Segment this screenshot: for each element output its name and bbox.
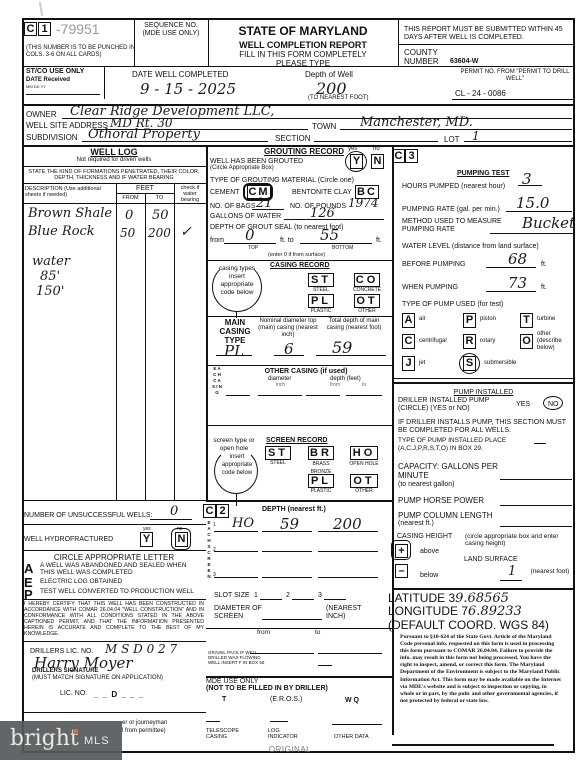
submersible-circle [459, 353, 480, 374]
pump-type-other[interactable]: O [520, 334, 533, 349]
date-received-label: DATE Received [26, 77, 70, 84]
screen-depth-label: DEPTH (nearest ft.) [262, 506, 326, 514]
telescope-field[interactable] [206, 718, 220, 722]
screen-row-2-type[interactable] [214, 550, 258, 552]
pump-type-jet[interactable]: J [402, 356, 415, 371]
permittee-note: l from permittee) [122, 728, 166, 735]
casing-code-plastic[interactable]: PL [308, 294, 334, 308]
capacity-note: (to nearest gallon) [398, 481, 454, 489]
seal-from-label: from [210, 237, 224, 245]
screen-row-2-from[interactable] [262, 550, 312, 552]
seal-from-value[interactable]: 0 [245, 226, 255, 244]
hydro-no-circle [171, 528, 191, 550]
bright-mls-watermark: bright MLS [0, 721, 122, 760]
screen-row-1-num: 1 [213, 522, 216, 528]
telescope-label: TELESCOPE CASING [206, 728, 246, 740]
other-casing-inch: inch [276, 382, 285, 388]
watermark-brand: bright [10, 726, 79, 751]
title-report: WELL COMPLETION REPORT [208, 40, 398, 50]
grouting-title: GROUTING RECORD [264, 147, 344, 156]
column-length-field[interactable] [500, 521, 572, 527]
hours-label: HOURS PUMPED (nearest hour) [402, 183, 505, 191]
screen-row-3-to[interactable] [318, 576, 378, 578]
casing-code-other[interactable]: OT [354, 294, 380, 308]
journeyman-note: er or journeyman [122, 720, 167, 727]
capacity-label: CAPACITY: GALLONS PER MINUTE [398, 462, 508, 480]
pump-type-air[interactable]: A [402, 313, 415, 328]
screen-row-1-type[interactable]: HO [232, 516, 254, 531]
pump-type-installed-label: TYPE OF PUMP INSTALLED PLACE (A,C,J,P,R,… [398, 437, 508, 453]
well-log-instructions: STATE THE KIND OF FORMATIONS PENETRATED,… [26, 169, 202, 181]
grouted-no-box[interactable]: N [371, 154, 384, 169]
st-co-label: ST/CO USE ONLY [26, 68, 84, 76]
other-casing-to-field[interactable] [346, 392, 382, 396]
county-label: COUNTY [404, 48, 438, 57]
title-state: STATE OF MARYLAND [208, 24, 398, 38]
grout-material-label: TYPE OF GROUTING MATERIAL (Circle one) [210, 177, 354, 185]
casing-code-steel[interactable]: ST [308, 273, 334, 287]
casing-depth-label: Total depth of main casing (nearest foot… [320, 318, 388, 332]
casing-types-note: casing types insert appropriate code bel… [214, 265, 260, 297]
log-row-2-to[interactable]: 200 [148, 226, 171, 240]
horse-power-label: PUMP HORSE POWER [398, 496, 484, 505]
screen-code-plastic[interactable]: PL [308, 474, 334, 488]
gravel-from-field[interactable] [250, 648, 314, 654]
submit-notice: THIS REPORT MUST BE SUBMITTED WITHIN 45 … [404, 26, 574, 42]
well-log-title: WELL LOG [22, 147, 206, 157]
rate-label: PUMPING RATE (gal. per min.) [402, 206, 500, 214]
form-number-note: (THIS NUMBER IS TO BE PUNCHED IN COLS. 3… [26, 45, 136, 59]
surface-note: (enter 0 if from surface) [268, 252, 325, 258]
screen-code-brass[interactable]: BR [308, 446, 334, 460]
hydrofractured-label: WELL HYDROFRACTURED [24, 536, 113, 544]
default-coord: (DEFAULT COORD. WGS 84) [388, 618, 549, 632]
c2-code: C [203, 504, 216, 518]
water-label: GALLONS OF WATER [210, 213, 281, 221]
other-data-label: OTHER DATA [334, 734, 369, 740]
circle-letter-title: CIRCLE APPROPRIATE LETTER [22, 553, 206, 562]
latitude-label: LATITUDE 3 [388, 591, 455, 605]
other-casing-to: to [362, 382, 366, 388]
slot-1-label: 1 [254, 592, 258, 600]
owner-label: OWNER [26, 110, 57, 119]
grouted-yes-circle [345, 151, 367, 172]
col-feet: FEET [116, 185, 174, 193]
seal-to-label: ft. to [280, 237, 294, 245]
sequence-label: SEQUENCE NO. (MDE USE ONLY) [136, 22, 206, 38]
water-value[interactable]: 126 [310, 206, 335, 221]
mde-wq-label: W Q [345, 697, 359, 705]
lot-label: LOT [444, 135, 460, 144]
watermark-suffix: MLS [84, 735, 110, 747]
casing-above-label: above [420, 548, 439, 556]
pump-notice: IF DRILLER INSTALLS PUMP, THIS SECTION M… [398, 419, 570, 435]
date-completed-value[interactable]: 9 - 15 - 2025 [140, 80, 236, 98]
pump-label-turbine: turbine [537, 316, 555, 323]
pump-label-submersible: submersible [484, 360, 516, 367]
log-row-1-from[interactable]: 0 [125, 208, 133, 223]
c2-num: 2 [216, 504, 229, 518]
bottom-label: BOTTOM [332, 245, 353, 251]
land-surface-label: LAND SURFACE [464, 556, 518, 564]
pump-type-rotary[interactable]: R [463, 334, 476, 349]
original-label: ORIGINAL [250, 745, 330, 754]
longitude-value[interactable]: 6.89233 [468, 604, 522, 619]
log-row-2-description[interactable]: Blue Rock [28, 224, 95, 239]
county-number: 63604-W [450, 58, 478, 66]
casing-below-box[interactable]: – [395, 564, 408, 578]
casing-title: CASING RECORD [270, 262, 330, 270]
slot-3-field[interactable] [324, 592, 346, 600]
when-ft: ft. [541, 284, 547, 292]
c3-box: C3 [392, 146, 418, 164]
before-ft: ft. [541, 261, 547, 269]
bags-label: NO. OF BAGS [210, 203, 256, 211]
privacy-notice: Pursuant to §10-624 of the State Govt. A… [400, 634, 562, 705]
log-indicator-field[interactable] [270, 718, 288, 722]
c2-box: C2 [203, 501, 229, 519]
form-title: STATE OF MARYLAND WELL COMPLETION REPORT… [208, 24, 398, 68]
hydro-yes-box[interactable]: Y [140, 532, 153, 547]
capacity-field[interactable] [500, 474, 572, 480]
casing-code-concrete[interactable]: CO [354, 273, 380, 287]
each-casing-side-label: E A C H C A S I N G [212, 366, 222, 396]
log-row-2-water-check[interactable]: ✓ [180, 224, 192, 240]
screen-diameter-field[interactable] [262, 614, 322, 620]
column-length-label: PUMP COLUMN LENGTH [398, 511, 493, 520]
bentonite-label: BENTONITE CLAY [292, 189, 352, 197]
casing-label-steel: STEEL [305, 287, 337, 293]
screen-code-steel[interactable]: ST [265, 446, 291, 460]
log-row-2-from[interactable]: 50 [120, 226, 135, 240]
pump-label-rotary: rotary [480, 338, 495, 345]
seal-to-value[interactable]: 55 [320, 226, 339, 244]
permit-value[interactable]: CL - 24 - 0086 [455, 89, 506, 98]
top-label: TOP [248, 245, 258, 251]
bags-value[interactable]: 21 [256, 196, 273, 211]
card-code: C [24, 22, 37, 36]
screen-row-2-to[interactable] [318, 550, 378, 552]
certification-text: I HEREBY CERTIFY THAT THIS WELL HAS BEEN… [24, 601, 204, 637]
lic-no-value[interactable]: _ _ D _ _ _ [94, 690, 144, 699]
mde-t-label: T [222, 696, 226, 704]
casing-below-label: below [420, 572, 438, 580]
screen-label-other: OTHER [346, 488, 382, 494]
casing-label-plastic: PLASTIC [305, 308, 337, 314]
pump-label-jet: jet [419, 360, 425, 367]
title-instructions: FILL IN THIS FORM COMPLETELY [208, 50, 398, 59]
c3-code: C [392, 149, 405, 163]
pump-label-centrifugal: centrifugal [419, 338, 447, 345]
grout-no-label: no [373, 146, 380, 153]
card-num: 1 [38, 22, 51, 36]
other-casing-from-field[interactable] [306, 392, 340, 396]
log-indicator-label: LOG INDICATOR [268, 728, 308, 740]
log-note-3[interactable]: 150' [36, 284, 64, 299]
other-casing-title: OTHER CASING (if used) [222, 368, 390, 376]
grouted-note: (Circle Appropriate Box) [210, 165, 274, 171]
letter-a[interactable]: A [24, 561, 33, 576]
slot-3-label: 3 [318, 592, 322, 600]
date-completed-label: DATE WELL COMPLETED [132, 70, 228, 79]
log-note-2[interactable]: 85' [40, 269, 60, 284]
pumping-title: PUMPING TEST [457, 170, 510, 178]
letter-a-text: A WELL WAS ABANDONED AND SEALED WHEN THI… [40, 562, 200, 576]
pump-installed-yes[interactable]: YES [516, 401, 530, 409]
pump-type-turbine[interactable]: T [520, 313, 533, 328]
signature-label: DRILLERS SIGNATURE [32, 668, 99, 675]
pump-type-installed-field[interactable] [534, 438, 546, 444]
slot-2-field[interactable] [292, 592, 314, 600]
horse-power-field[interactable] [500, 500, 572, 506]
log-note-1[interactable]: water [32, 254, 70, 269]
when-pumping-label: WHEN PUMPING [402, 284, 458, 292]
pump-label-air: air [419, 316, 426, 323]
casing-above-circle [391, 540, 411, 560]
slot-size-label: SLOT SIZE [214, 592, 250, 600]
longitude-label: LONGITUDE 7 [388, 604, 468, 618]
screen-row-3-type[interactable] [214, 576, 258, 578]
watermark-dot-icon [73, 729, 78, 734]
screen-insert-note: insert appropriate code below [218, 453, 256, 477]
scan-mark [39, 2, 43, 16]
casing-diameter-label: Nominal diameter top (main) casing (near… [256, 318, 320, 339]
col-from: FROM [116, 195, 145, 201]
seal-ft-label: ft. [376, 237, 382, 245]
column-length-note: (nearest ft.) [398, 520, 434, 528]
unsuccessful-value[interactable]: 0 [170, 504, 178, 519]
slot-2-label: 2 [286, 592, 290, 600]
town-value[interactable]: Manchester, MD. [360, 115, 473, 130]
gravel-to-label: to [315, 629, 320, 636]
pump-type-centrifugal[interactable]: C [402, 334, 415, 349]
col-water: check if water bearing [174, 185, 206, 203]
date-received-format: MM DD YY [26, 84, 46, 89]
col-to: TO [145, 195, 174, 201]
col-description: DESCRIPTION (Use additional sheets if ne… [25, 186, 113, 198]
card-number-box: C 1 -79951 [24, 20, 132, 38]
unsuccessful-label: NUMBER OF UNSUCCESSFUL WELLS: [24, 512, 152, 520]
other-casing-diameter-field[interactable] [258, 392, 302, 396]
permit-label: PERMIT NO. FROM "PERMIT TO DRILL WELL" [455, 69, 575, 83]
screen-code-other[interactable]: OT [350, 474, 378, 488]
mde-subtitle: (NOT TO BE FILLED IN BY DRILLER) [206, 685, 328, 693]
c3-num: 3 [405, 149, 418, 163]
depth-note: (TO NEAREST FOOT) [308, 95, 368, 102]
well-log-subtitle: Not required for driven wells [22, 157, 206, 164]
mde-eros-label: (E.R.O.S.) [270, 696, 302, 704]
screen-label-plastic: PLASTIC [305, 488, 337, 494]
subdivision-value[interactable]: Othoral Property [88, 127, 200, 142]
signature-note: (MUST MATCH SIGNATURE ON APPLICATION) [32, 675, 163, 682]
screen-label-steel: STEEL [262, 460, 294, 466]
gravel-from-label: from [257, 629, 270, 636]
other-casing-type-field[interactable] [226, 392, 250, 396]
before-pumping-label: BEFORE PUMPING [402, 261, 465, 269]
screen-nearest-inch: (NEAREST INCH) [326, 605, 366, 621]
pump-label-other: other (describe below) [537, 331, 567, 352]
slot-1-field[interactable] [260, 592, 282, 600]
number-label: NUMBER [404, 57, 439, 66]
casing-height-note: (circle appropriate box and enter casing… [465, 533, 570, 547]
lot-value[interactable]: 1 [472, 129, 480, 143]
screen-code-open-hole[interactable]: HO [350, 446, 378, 460]
nearest-foot-label: (nearest foot) [530, 568, 570, 575]
form-number: -79951 [56, 21, 100, 37]
log-row-1-description[interactable]: Brown Shale [28, 206, 112, 221]
method-label: METHOD USED TO MEASURE PUMPING RATE [402, 218, 502, 234]
other-casing-from: from [330, 382, 340, 388]
section-label: SECTION [275, 134, 311, 143]
pump-type-label: TYPE OF PUMP USED (for test) [402, 301, 503, 309]
pump-label-piston: piston [480, 316, 496, 323]
pump-type-piston[interactable]: P [463, 313, 476, 328]
driller-installed-label: DRILLER INSTALLED PUMP (CIRCLE) (YES or … [398, 397, 508, 413]
subdivision-label: SUBDIVISION [26, 133, 78, 142]
log-row-1-to[interactable]: 50 [152, 208, 169, 223]
town-label: TOWN [312, 122, 336, 131]
casing-label-other: OTHER [350, 308, 384, 314]
depth-label: Depth of Well [305, 70, 353, 79]
pump-installed-no-circle [543, 396, 563, 410]
screen-label-open-hole: OPEN HOLE [346, 460, 382, 468]
cement-label: CEMENT [210, 189, 240, 197]
other-data-field[interactable] [332, 721, 382, 725]
each-screen-side-label: E A C H S C R E E N [206, 520, 212, 580]
screen-row-3-from[interactable] [262, 576, 312, 578]
main-casing-type-label: MAIN CASING TYPE [210, 318, 260, 345]
screen-title: SCREEN RECORD [266, 437, 327, 445]
gravel-to-field[interactable] [318, 648, 382, 654]
letter-p-text: TEST WELL CONVERTED TO PRODUCTION WELL [40, 588, 200, 595]
gravel-flowing-field[interactable] [318, 662, 332, 666]
letter-e-text: ELECTRIC LOG OBTAINED [40, 578, 122, 585]
casing-label-concrete: CONCRETE [347, 287, 387, 293]
lic-no-label: LIC. NO. [60, 690, 87, 698]
longitude: LONGITUDE 76.89233 [388, 604, 522, 619]
pounds-value[interactable]: 1974 [348, 196, 379, 210]
